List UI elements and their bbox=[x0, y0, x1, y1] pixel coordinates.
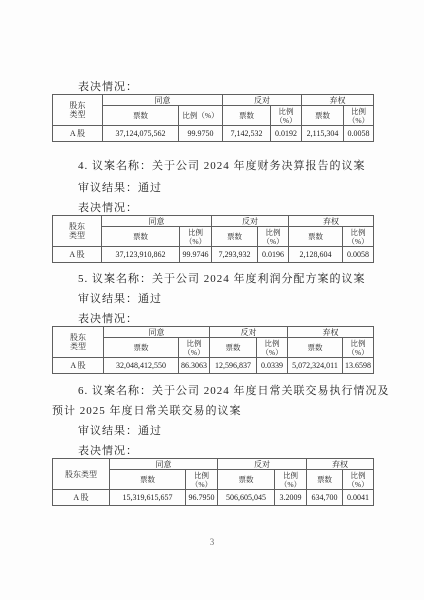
oppose-votes-cell: 7,293,932 bbox=[212, 247, 258, 263]
agree-votes-header: 票数 bbox=[110, 470, 186, 490]
agree-ratio-header: 比例 （%） bbox=[180, 227, 212, 247]
oppose-votes-cell: 12,596,837 bbox=[210, 358, 257, 374]
abstain-votes-header: 票数 bbox=[288, 338, 343, 358]
agree-ratio-cell: 99.9746 bbox=[180, 247, 212, 263]
agree-votes-header: 票数 bbox=[104, 338, 179, 358]
abstain-ratio-header: 比例 （%） bbox=[343, 470, 374, 490]
shareholder-type-header: 股东 类型 bbox=[53, 95, 103, 126]
oppose-ratio-header: 比例 （%） bbox=[257, 338, 288, 358]
agree-votes-cell: 32,048,412,550 bbox=[104, 358, 179, 374]
abstain-ratio-cell: 0.0058 bbox=[344, 126, 374, 142]
oppose-ratio-cell: 3.2009 bbox=[275, 490, 307, 506]
shareholder-type-header: 股东类型 bbox=[53, 459, 110, 490]
abstain-ratio-header: 比例 （%） bbox=[344, 106, 374, 126]
voting-table-4: 股东类型 同意 反对 弃权 票数 比例 （%） 票数 比例 （%） 票数 比例 … bbox=[52, 458, 374, 506]
voting-status-label: 表决情况： bbox=[52, 201, 373, 215]
oppose-votes-cell: 506,605,045 bbox=[218, 490, 275, 506]
share-type-cell: A 股 bbox=[53, 358, 104, 374]
voting-status-label: 表决情况： bbox=[52, 312, 373, 326]
page-number: 3 bbox=[0, 537, 424, 547]
abstain-ratio-header: 比例 （%） bbox=[343, 338, 374, 358]
abstain-header: 弃权 bbox=[289, 216, 374, 227]
table-row: A 股 37,123,910,862 99.9746 7,293,932 0.0… bbox=[53, 247, 374, 263]
abstain-header: 弃权 bbox=[288, 327, 374, 338]
voting-table-section: 股东 类型 同意 反对 弃权 票数 比例（%） 票数 比例 （%） 票数 比例 … bbox=[52, 94, 373, 142]
proposal-title: 5. 议案名称：关于公司 2024 年度利润分配方案的议案 bbox=[52, 272, 373, 286]
voting-table-3: 股东 类型 同意 反对 弃权 票数 比例 （%） 票数 比例 （%） 票数 比例… bbox=[52, 326, 374, 374]
agree-ratio-cell: 96.7950 bbox=[186, 490, 218, 506]
table-row: A 股 37,124,075,562 99.9750 7,142,532 0.0… bbox=[53, 126, 374, 142]
abstain-votes-cell: 2,115,304 bbox=[302, 126, 344, 142]
oppose-votes-cell: 7,142,532 bbox=[223, 126, 271, 142]
abstain-votes-cell: 5,072,324,011 bbox=[288, 358, 343, 374]
oppose-ratio-header: 比例 （%） bbox=[271, 106, 302, 126]
agree-ratio-cell: 99.9750 bbox=[179, 126, 223, 142]
agree-header: 同意 bbox=[103, 95, 223, 106]
oppose-votes-header: 票数 bbox=[210, 338, 257, 358]
abstain-votes-header: 票数 bbox=[302, 106, 344, 126]
abstain-votes-cell: 2,128,604 bbox=[289, 247, 343, 263]
abstain-votes-cell: 634,700 bbox=[307, 490, 343, 506]
oppose-header: 反对 bbox=[223, 95, 302, 106]
agree-votes-header: 票数 bbox=[102, 227, 180, 247]
agree-ratio-cell: 86.3063 bbox=[179, 358, 210, 374]
voting-table-section: 股东 类型 同意 反对 弃权 票数 比例 （%） 票数 比例 （%） 票数 比例… bbox=[52, 215, 373, 263]
proposal-title-line1: 6. 议案名称：关于公司 2024 年度日常关联交易执行情况及 bbox=[52, 384, 373, 398]
abstain-header: 弃权 bbox=[302, 95, 374, 106]
share-type-cell: A 股 bbox=[53, 490, 110, 506]
agree-ratio-header: 比例 （%） bbox=[179, 338, 210, 358]
abstain-ratio-header: 比例 （%） bbox=[343, 227, 374, 247]
agree-ratio-header: 比例 （%） bbox=[186, 470, 218, 490]
agree-votes-header: 票数 bbox=[103, 106, 179, 126]
oppose-ratio-cell: 0.0339 bbox=[257, 358, 288, 374]
agree-votes-cell: 37,123,910,862 bbox=[102, 247, 180, 263]
abstain-votes-header: 票数 bbox=[289, 227, 343, 247]
voting-table-1: 股东 类型 同意 反对 弃权 票数 比例（%） 票数 比例 （%） 票数 比例 … bbox=[52, 94, 374, 142]
oppose-votes-header: 票数 bbox=[223, 106, 271, 126]
oppose-ratio-header: 比例 （%） bbox=[275, 470, 307, 490]
proposal-title: 4. 议案名称：关于公司 2024 年度财务决算报告的议案 bbox=[52, 159, 373, 173]
agree-votes-cell: 15,319,615,657 bbox=[110, 490, 186, 506]
agree-header: 同意 bbox=[102, 216, 212, 227]
abstain-votes-header: 票数 bbox=[307, 470, 343, 490]
shareholder-type-header: 股东 类型 bbox=[53, 216, 102, 247]
shareholder-type-header: 股东 类型 bbox=[53, 327, 104, 358]
oppose-ratio-header: 比例 （%） bbox=[258, 227, 289, 247]
abstain-ratio-cell: 13.6598 bbox=[343, 358, 374, 374]
agree-header: 同意 bbox=[104, 327, 210, 338]
voting-status-label: 表决情况： bbox=[52, 80, 373, 94]
abstain-ratio-cell: 0.0041 bbox=[343, 490, 374, 506]
document-page: 表决情况： 股东 类型 同意 反对 弃权 票数 比例（%） 票数 比例 （%） … bbox=[0, 0, 424, 600]
table-row: A 股 15,319,615,657 96.7950 506,605,045 3… bbox=[53, 490, 374, 506]
voting-table-2: 股东 类型 同意 反对 弃权 票数 比例 （%） 票数 比例 （%） 票数 比例… bbox=[52, 215, 374, 263]
voting-table-section: 股东 类型 同意 反对 弃权 票数 比例 （%） 票数 比例 （%） 票数 比例… bbox=[52, 326, 373, 374]
voting-table-section: 股东类型 同意 反对 弃权 票数 比例 （%） 票数 比例 （%） 票数 比例 … bbox=[52, 458, 373, 506]
oppose-votes-header: 票数 bbox=[218, 470, 275, 490]
oppose-header: 反对 bbox=[212, 216, 289, 227]
oppose-ratio-cell: 0.0196 bbox=[258, 247, 289, 263]
oppose-ratio-cell: 0.0192 bbox=[271, 126, 302, 142]
oppose-header: 反对 bbox=[210, 327, 288, 338]
review-result: 审议结果：通过 bbox=[52, 181, 373, 195]
share-type-cell: A 股 bbox=[53, 247, 102, 263]
oppose-votes-header: 票数 bbox=[212, 227, 258, 247]
agree-ratio-header: 比例（%） bbox=[179, 106, 223, 126]
oppose-header: 反对 bbox=[218, 459, 307, 470]
review-result: 审议结果：通过 bbox=[52, 424, 373, 438]
abstain-header: 弃权 bbox=[307, 459, 374, 470]
share-type-cell: A 股 bbox=[53, 126, 103, 142]
table-row: A 股 32,048,412,550 86.3063 12,596,837 0.… bbox=[53, 358, 374, 374]
agree-header: 同意 bbox=[110, 459, 218, 470]
voting-status-label: 表决情况： bbox=[52, 444, 373, 458]
abstain-ratio-cell: 0.0058 bbox=[343, 247, 374, 263]
proposal-title-line2: 预计 2025 年度日常关联交易的议案 bbox=[52, 404, 373, 418]
review-result: 审议结果：通过 bbox=[52, 292, 373, 306]
agree-votes-cell: 37,124,075,562 bbox=[103, 126, 179, 142]
